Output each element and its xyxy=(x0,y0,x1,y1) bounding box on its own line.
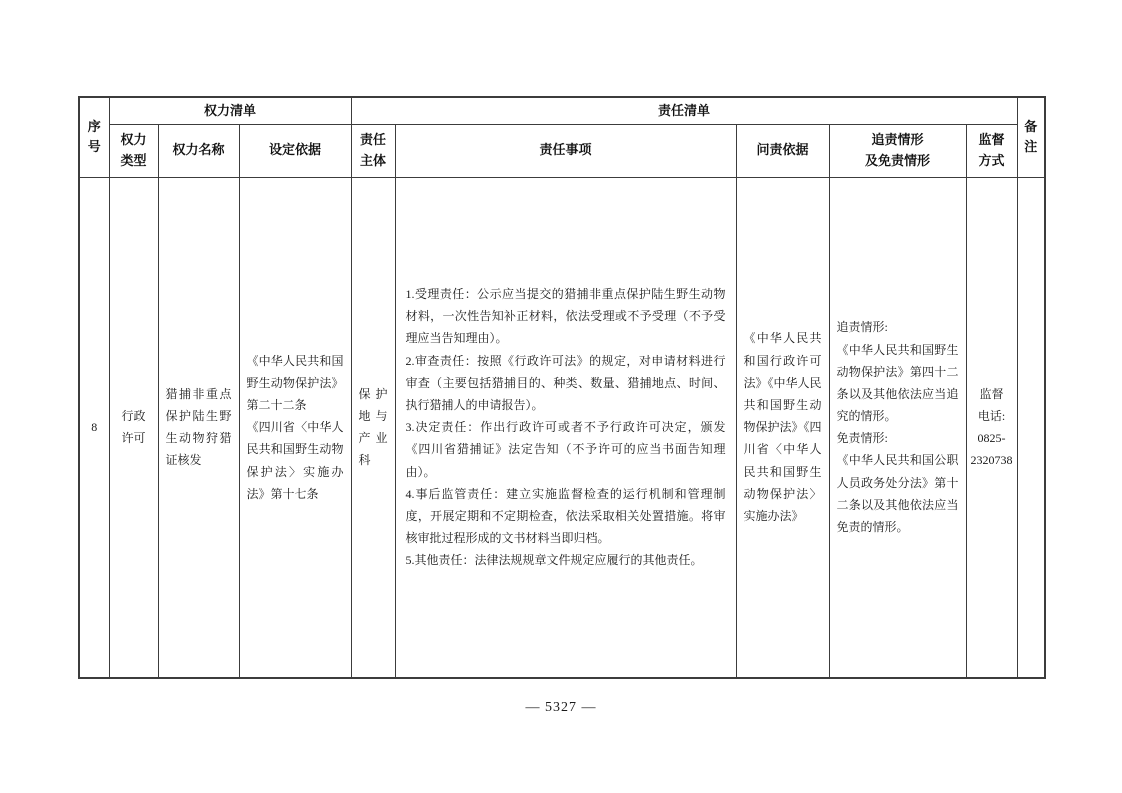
cell-power-type: 行政 许可 xyxy=(109,177,158,678)
header-duty-subject: 责任 主体 xyxy=(351,124,395,177)
document-sheet: 序 号 权力清单 责任清单 备 注 权力 类型 权力名称 设定依据 责任 主体 … xyxy=(78,96,1046,679)
header-duty-items: 责任事项 xyxy=(395,124,736,177)
cell-duty-items: 1.受理责任：公示应当提交的猎捕非重点保护陆生野生动物材料，一次性告知补正材料，… xyxy=(395,177,736,678)
cell-power-name: 猎捕非重点保护陆生野生动物狩猎证核发 xyxy=(158,177,239,678)
header-power-type: 权力 类型 xyxy=(109,124,158,177)
cell-accountability-situations: 追责情形: 《中华人民共和国野生动物保护法》第四十二条以及其他依法应当追究的情形… xyxy=(829,177,966,678)
cell-serial-number: 8 xyxy=(79,177,109,678)
duty-item-5: 5.其他责任：法律法规规章文件规定应履行的其他责任。 xyxy=(406,549,726,571)
power-responsibility-table: 序 号 权力清单 责任清单 备 注 权力 类型 权力名称 设定依据 责任 主体 … xyxy=(78,96,1046,679)
cell-remark xyxy=(1017,177,1045,678)
header-power-name: 权力名称 xyxy=(158,124,239,177)
cell-supervision-method: 监督 电话: 0825- 2320738 xyxy=(966,177,1017,678)
header-supervision-method: 监督 方式 xyxy=(966,124,1017,177)
page-number: — 5327 — xyxy=(0,700,1122,716)
duty-item-3: 3.决定责任：作出行政许可或者不予行政许可决定，颁发《四川省猎捕证》法定告知（不… xyxy=(406,416,726,483)
header-serial-number: 序 号 xyxy=(79,97,109,177)
cell-accountability-basis: 《中华人民共和国行政许可法》《中华人民共和国野生动物保护法》《四川省〈中华人民共… xyxy=(736,177,829,678)
header-duty-list-group: 责任清单 xyxy=(351,97,1017,124)
cell-duty-subject: 保护地与产业科 xyxy=(351,177,395,678)
duty-item-4: 4.事后监管责任：建立实施监督检查的运行机制和管理制度，开展定期和不定期检查，依… xyxy=(406,483,726,550)
duty-item-1: 1.受理责任：公示应当提交的猎捕非重点保护陆生野生动物材料，一次性告知补正材料，… xyxy=(406,283,726,350)
header-setting-basis: 设定依据 xyxy=(239,124,351,177)
table-row: 8 行政 许可 猎捕非重点保护陆生野生动物狩猎证核发 《中华人民共和国野生动物保… xyxy=(79,177,1045,678)
duty-item-2: 2.审查责任：按照《行政许可法》的规定，对申请材料进行审查（主要包括猎捕目的、种… xyxy=(406,350,726,417)
header-accountability-basis: 问责依据 xyxy=(736,124,829,177)
header-accountability-situations: 追责情形 及免责情形 xyxy=(829,124,966,177)
cell-setting-basis: 《中华人民共和国野生动物保护法》第二十二条 《四川省〈中华人民共和国野生动物保护… xyxy=(239,177,351,678)
header-power-list-group: 权力清单 xyxy=(109,97,351,124)
header-remark: 备 注 xyxy=(1017,97,1045,177)
